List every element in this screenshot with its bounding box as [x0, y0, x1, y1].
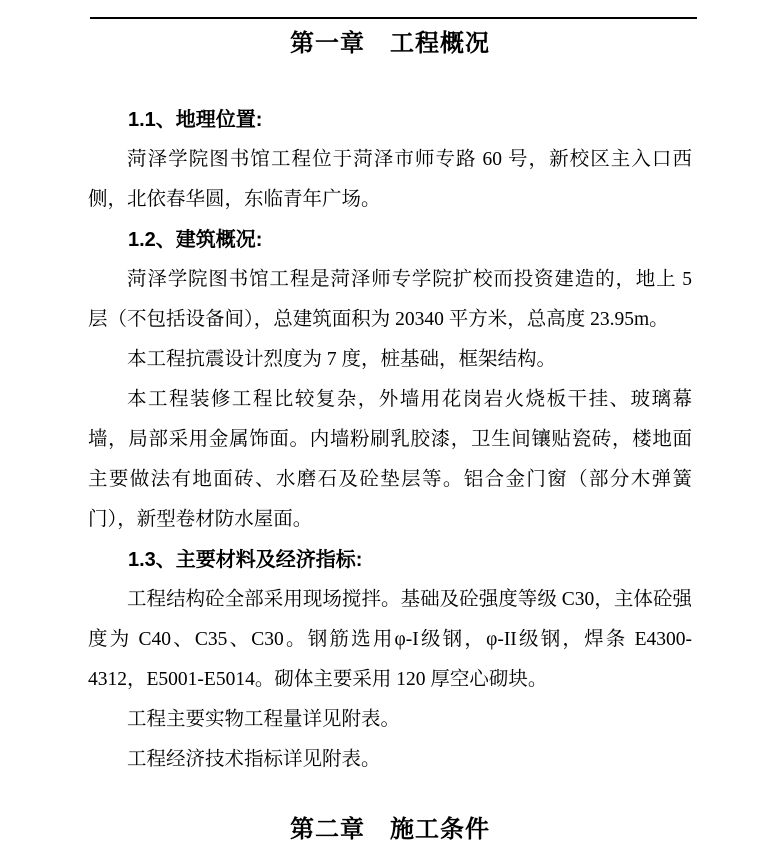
section-1-2-paragraph-1: 菏泽学院图书馆工程是菏泽师专学院扩校而投资建造的，地上 5 层（不包括设备间），…	[88, 260, 692, 340]
section-1-1-paragraph: 菏泽学院图书馆工程位于菏泽市师专路 60 号，新校区主入口西侧，北依春华圆，东临…	[88, 140, 692, 220]
document-body: 1.1、地理位置: 菏泽学院图书馆工程位于菏泽市师专路 60 号，新校区主入口西…	[0, 100, 780, 780]
section-1-2-paragraph-2: 本工程抗震设计烈度为 7 度，桩基础，框架结构。	[88, 340, 692, 380]
section-1-3-heading: 1.3、主要材料及经济指标:	[88, 540, 692, 580]
chapter-1-title: 第一章 工程概况	[0, 26, 780, 62]
chapter-2-title: 第二章 施工条件	[0, 812, 780, 848]
section-1-3-paragraph-1: 工程结构砼全部采用现场搅拌。基础及砼强度等级 C30，主体砼强度为 C40、C3…	[88, 580, 692, 700]
section-1-3-paragraph-3: 工程经济技术指标详见附表。	[88, 740, 692, 780]
section-1-1-heading: 1.1、地理位置:	[88, 100, 692, 140]
header-rule	[90, 17, 697, 19]
section-1-2-paragraph-3: 本工程装修工程比较复杂，外墙用花岗岩火烧板干挂、玻璃幕墙，局部采用金属饰面。内墙…	[88, 380, 692, 540]
document-page: 第一章 工程概况 1.1、地理位置: 菏泽学院图书馆工程位于菏泽市师专路 60 …	[0, 0, 780, 856]
section-1-3-paragraph-2: 工程主要实物工程量详见附表。	[88, 700, 692, 740]
section-1-2-heading: 1.2、建筑概况:	[88, 220, 692, 260]
